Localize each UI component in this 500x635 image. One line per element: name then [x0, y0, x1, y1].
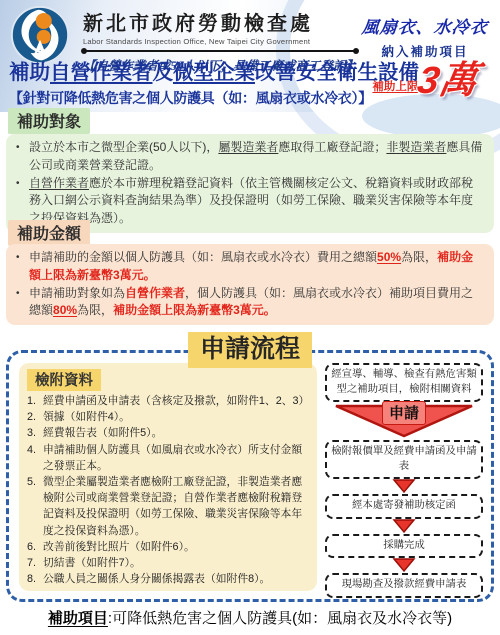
text-segment-underlined: 屬製造業者	[218, 140, 278, 154]
text-segment-underlined: 自營作業者	[29, 176, 89, 190]
document-item: 2.領據（如附件4）。	[27, 409, 309, 425]
application-process-panel: 申請流程 檢附資料 1.經費申請函及申請表（含核定及撥款，如附件1、2、3） 2…	[6, 350, 494, 602]
amount-item: • 申請補助對象如為自營作業者，個人防護具（如：風扇衣或水冷衣）補助項目費用之總…	[16, 285, 484, 321]
bullet-icon: •	[16, 285, 29, 321]
down-arrow-icon	[325, 558, 483, 573]
title-segment: 改善安全衛生設備	[255, 61, 419, 84]
flow-step-prepare: 經宣導、輔導、檢查有熱危害類型之補助項目，檢附相關資料	[325, 363, 483, 402]
item-number: 5.	[27, 474, 43, 539]
flow-step-submit: 檢附報價單及經費申請函及申請表	[325, 440, 483, 479]
flow-step-purchase: 採購完成	[325, 534, 483, 559]
document-item: 8.公職人員之關係人身分關係揭露表（如附件8）。	[27, 571, 309, 587]
text-segment: 應取得工廠登記證；	[278, 140, 386, 154]
document-item: 3.經費報告表（如附件5）。	[27, 425, 309, 441]
item-number: 3.	[27, 425, 43, 441]
poster-title: 補助自營作業者及微型企業改善安全衛生設備	[9, 61, 391, 85]
promo-products: 風扇衣、水冷衣	[353, 13, 498, 38]
eligibility-heading: 補助對象	[8, 108, 90, 134]
text-segment-red-underlined: 80%	[53, 303, 77, 317]
process-heading: 申請流程	[188, 332, 312, 368]
labor-inspection-office-logo-icon	[10, 5, 70, 65]
item-text: 微型企業屬製造業者應檢附工廠登記證，非製造業者應檢附公司或商業營業登記證；自營作…	[43, 474, 309, 539]
eligibility-box: • 設立於本市之微型企業(50人以下)，屬製造業者應取得工廠登記證；非製造業者應…	[6, 134, 494, 233]
document-item: 4.申請補助個人防護具（如風扇衣或水冷衣）所支付金額之發票正本。	[27, 442, 309, 474]
text-segment: 為限，	[401, 250, 437, 264]
promo-included: 納入補助項目	[354, 42, 496, 60]
item-number: 4.	[27, 442, 43, 474]
text-segment-red: 自營作業者	[125, 286, 185, 300]
down-arrow-icon	[325, 479, 483, 494]
apply-label: 申請	[382, 401, 426, 425]
poster-subtitle: 【針對可降低熱危害之個人防護具（如：風扇衣或水冷衣）】	[9, 88, 391, 108]
org-name: 新北市政府勞動檢查處	[83, 7, 375, 36]
subsidy-poster: 新北市政府勞動檢查處 Labor Standards Inspection Of…	[0, 0, 500, 635]
item-text: 切結書（如附件7）。	[43, 555, 309, 571]
document-item: 1.經費申請函及申請表（含核定及撥款，如附件1、2、3）	[27, 393, 309, 409]
text-segment-red: 補助金額上限為新臺幣3萬元。	[113, 303, 276, 317]
item-number: 6.	[27, 539, 43, 555]
org-name-english: Labor Standards Inspection Office, New T…	[83, 37, 375, 46]
text-segment: 為限，	[77, 303, 113, 317]
document-item: 5.微型企業屬製造業者應檢附工廠登記證，非製造業者應檢附公司或商業營業登記證；自…	[27, 474, 309, 539]
item-number: 8.	[27, 571, 43, 587]
required-documents-panel: 檢附資料 1.經費申請函及申請表（含核定及撥款，如附件1、2、3） 2.領據（如…	[19, 363, 317, 591]
amount-item: • 申請補助的金額以個人防護具（如：風扇衣或水冷衣）費用之總額50%為限，補助金…	[16, 249, 484, 285]
document-item: 7.切結書（如附件7）。	[27, 555, 309, 571]
footer-text: :可降低熱危害之個人防護具(如：風扇衣及水冷衣等)	[108, 610, 452, 627]
text-segment: 申請補助的金額以個人防護具（如：風扇衣或水冷衣）費用之總額	[29, 250, 377, 264]
item-text: 經費報告表（如附件5）。	[43, 425, 309, 441]
item-text: 改善前後對比照片（如附件6）。	[43, 539, 309, 555]
footer-note: 補助項目:可降低熱危害之個人防護具(如：風扇衣及水冷衣等)	[0, 607, 500, 628]
item-number: 1.	[27, 393, 43, 409]
title-segment-underlined: 自營作業者	[50, 61, 153, 84]
amount-item-text: 申請補助的金額以個人防護具（如：風扇衣或水冷衣）費用之總額50%為限，補助金額上…	[29, 249, 484, 285]
eligibility-item-text: 設立於本市之微型企業(50人以下)，屬製造業者應取得工廠登記證；非製造業者應具備…	[29, 139, 484, 175]
cap-value: 3萬	[415, 64, 480, 98]
flow-step-approval: 經本處寄發補助核定函	[325, 494, 483, 519]
apply-arrow: 申請	[325, 402, 483, 440]
text-segment: 申請補助對象如為	[29, 286, 125, 300]
document-item: 6.改善前後對比照片（如附件6）。	[27, 539, 309, 555]
eligibility-item-text: 自營作業者應於本市辦理稅籍登記資料（依主管機關核定公文、稅籍資料或財政部稅務入口…	[29, 175, 484, 228]
title-block: 補助自營作業者及微型企業改善安全衛生設備 【針對可降低熱危害之個人防護具（如：風…	[9, 61, 391, 108]
item-text: 申請補助個人防護具（如風扇衣或水冷衣）所支付金額之發票正本。	[43, 442, 309, 474]
down-arrow-icon	[325, 519, 483, 534]
footer-label: 補助項目	[48, 610, 108, 627]
bullet-icon: •	[16, 139, 29, 175]
amount-heading: 補助金額	[8, 220, 90, 246]
item-text: 領據（如附件4）。	[43, 409, 309, 425]
application-flowchart: 經宣導、輔導、檢查有熱危害類型之補助項目，檢附相關資料 申請 檢附報價單及經費申…	[325, 363, 483, 591]
text-segment: 設立於本市之微型企業(50人以下)，	[29, 140, 218, 154]
item-number: 2.	[27, 409, 43, 425]
item-text: 經費申請函及申請表（含核定及撥款，如附件1、2、3）	[43, 393, 309, 409]
item-number: 7.	[27, 555, 43, 571]
item-text: 公職人員之關係人身分關係揭露表（如附件8）。	[43, 571, 309, 587]
title-segment: 及	[153, 61, 174, 84]
dotted-end-divider	[83, 50, 357, 52]
amount-box: • 申請補助的金額以個人防護具（如：風扇衣或水冷衣）費用之總額50%為限，補助金…	[6, 244, 494, 325]
bullet-icon: •	[16, 249, 29, 285]
text-segment: 應於本市辦理稅籍登記資料（依主管機關核定公文、稅籍資料或財政部稅務入口網公示資料…	[29, 176, 473, 226]
flow-step-inspection: 現場勘查及撥款經費申請表	[325, 573, 483, 598]
title-segment-underlined: 微型企業	[173, 61, 255, 84]
text-segment-underlined: 非製造業者	[386, 140, 446, 154]
title-segment: 補助	[9, 61, 50, 84]
eligibility-item: • 設立於本市之微型企業(50人以下)，屬製造業者應取得工廠登記證；非製造業者應…	[16, 139, 484, 175]
documents-heading: 檢附資料	[27, 369, 101, 391]
text-segment-red-underlined: 50%	[377, 250, 401, 264]
amount-item-text: 申請補助對象如為自營作業者，個人防護具（如：風扇衣或水冷衣）補助項目費用之總額8…	[29, 285, 484, 321]
